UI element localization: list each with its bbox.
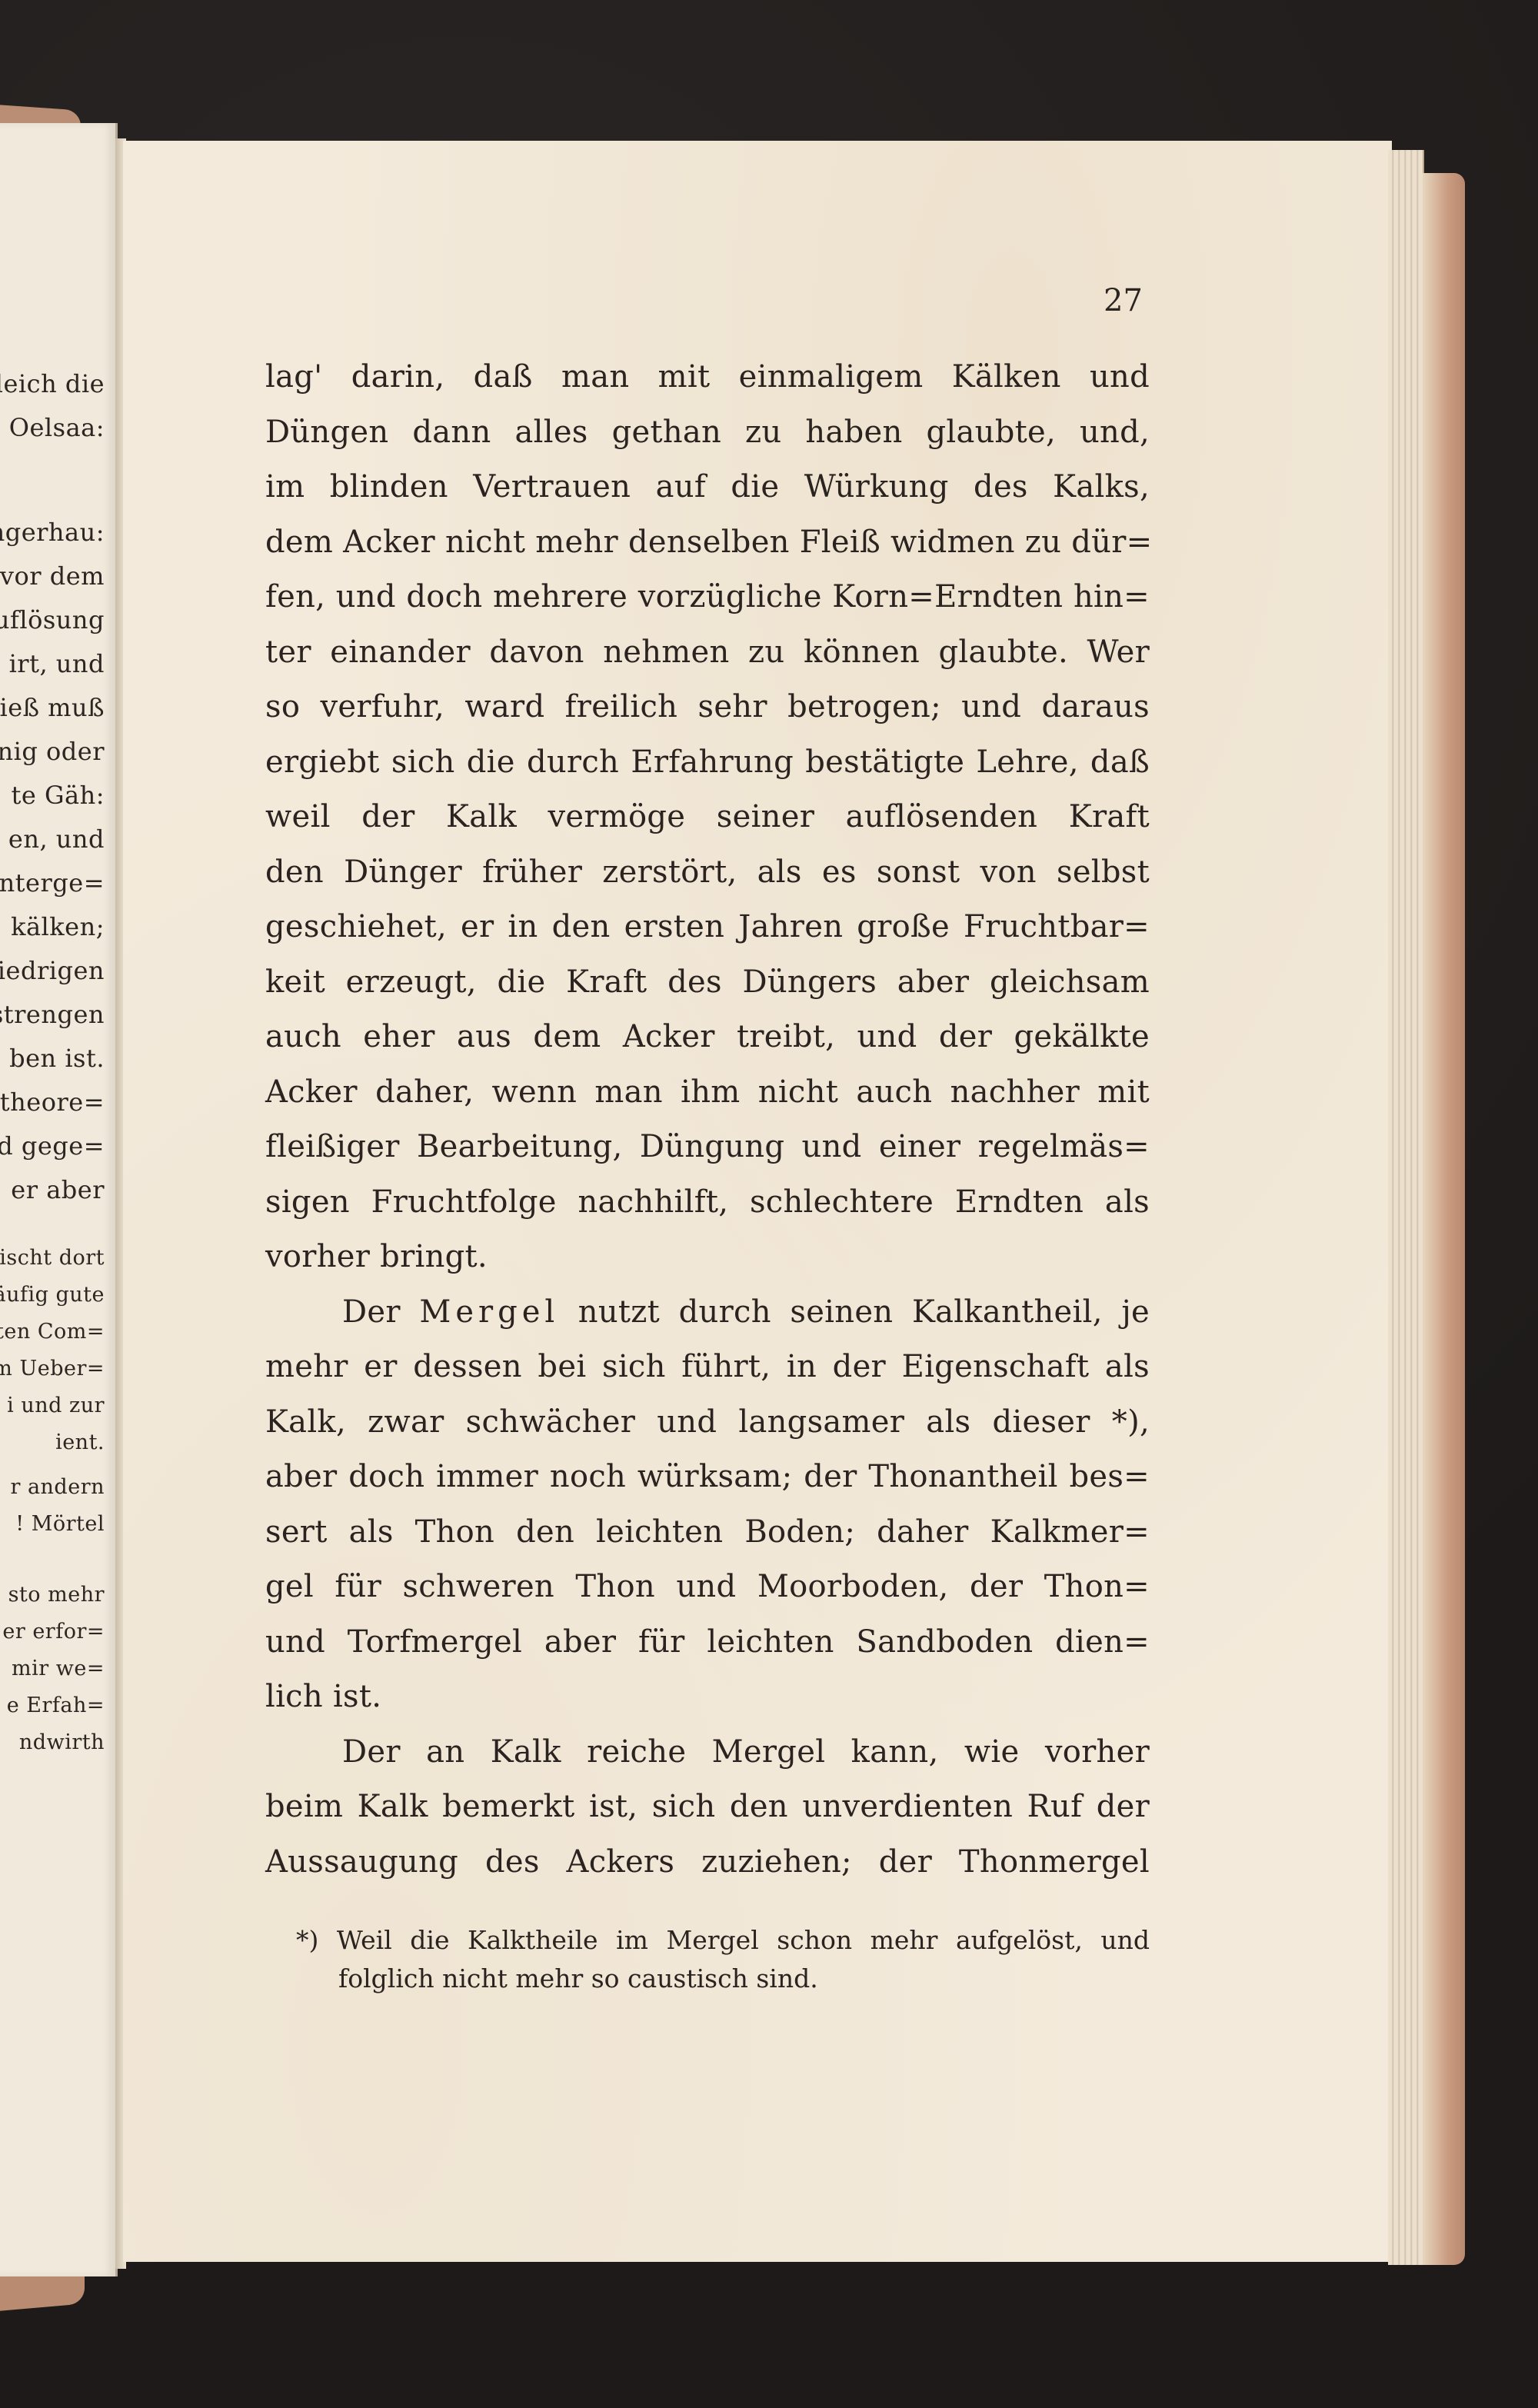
left-page-fragment: nig oder [0,737,105,766]
left-page-fragment: mischt dort [0,1246,105,1270]
left-page-fragment: r andern [10,1475,105,1499]
left-page-fragment: leich die [0,369,105,398]
text-line: beim Kalk bemerkt ist, sich den unverdie… [265,1780,1150,1835]
left-page-fragment: sto mehr [8,1583,105,1607]
left-page-fragment: ten Com= [0,1320,105,1344]
text-line: ergiebt sich die durch Erfahrung bestäti… [265,735,1150,791]
text-line: Acker daher, wenn man ihm nicht auch nac… [265,1065,1150,1121]
text-line: lich ist. [265,1670,1150,1725]
right-cover-edge [1423,173,1465,2265]
text-line: vorher bringt. [265,1230,1150,1285]
left-page-fragment: im Ueber= [0,1357,105,1381]
left-page-fragment: theore= [0,1087,105,1117]
text-line: so verfuhr, ward freilich sehr betrogen;… [265,680,1150,735]
left-page-fragment: ngerhau: [0,518,105,547]
text-line: fen, und doch mehrere vorzügliche Korn=E… [265,570,1150,625]
text-line: sert als Thon den leichten Boden; daher … [265,1505,1150,1560]
text-line: Kalk, zwar schwächer und langsamer als d… [265,1395,1150,1450]
text-line: geschiehet, er in den ersten Jahren groß… [265,900,1150,955]
text-line: den Dünger früher zerstört, als es sonst… [265,845,1150,901]
left-page-fragment: ient. [55,1430,105,1454]
left-page-fragment: d gege= [0,1131,105,1161]
text-line: Der Mergel nutzt durch seinen Kalkanthei… [265,1285,1150,1341]
text-line: keit erzeugt, die Kraft des Düngers aber… [265,955,1150,1011]
text-line: dem Acker nicht mehr denselben Fleiß wid… [265,515,1150,571]
left-page-fragment: Oelsaa: [9,413,105,442]
text-line: aber doch immer noch würksam; der Thonan… [265,1450,1150,1505]
text-line: im blinden Vertrauen auf die Würkung des… [265,460,1150,515]
left-page-fragment: vor dem [0,561,105,591]
left-page-fragment: uflösung [0,605,105,634]
left-page-fragment: er erfor= [2,1620,105,1644]
text-line: gel für schweren Thon und Moorboden, der… [265,1560,1150,1615]
left-page-fragment: e Erfah= [7,1694,105,1717]
text-line: sigen Fruchtfolge nachhilft, schlechtere… [265,1175,1150,1231]
text-line: Der an Kalk reiche Mergel kann, wie vorh… [265,1725,1150,1780]
text-line: ter einander davon nehmen zu können glau… [265,625,1150,681]
paragraph-1: lag' darin, daß man mit einmaligem Kälke… [265,350,1150,1285]
text-line: Düngen dann alles gethan zu haben glaubt… [265,405,1150,461]
left-page-fragment: äufig gute [0,1283,105,1307]
footnote-text: Weil die Kalktheile im Mergel schon mehr… [337,1925,1150,1955]
text-word: Der [342,1294,401,1330]
left-page-fragment: irt, und [9,649,105,678]
left-page-fragment: i und zur [7,1394,105,1417]
footnote: *) Weil die Kalktheile im Mergel schon m… [296,1921,1150,1998]
left-page-fragment: ! Mörtel [15,1512,105,1536]
left-page-fragment: ndwirth [19,1730,105,1754]
left-page-fragment: er aber [11,1175,105,1204]
page-edges [1388,150,1424,2265]
left-page-fragment: en, und [8,824,105,854]
emphasized-term: Mergel [419,1294,559,1330]
left-page-fragment: unterge= [0,868,105,898]
footnote-marker: *) [296,1925,318,1955]
paragraph-3: Der an Kalk reiche Mergel kann, wie vorh… [265,1725,1150,1890]
text-line: weil der Kalk vermöge seiner auflösenden… [265,790,1150,845]
left-page-fragment: ben ist. [9,1044,105,1073]
text-line: fleißiger Bearbeitung, Düngung und einer… [265,1120,1150,1175]
text-span: nutzt durch seinen Kalkantheil, je [578,1294,1150,1330]
left-page-fragment: ieß muß [0,693,105,722]
left-page-fragment: iedrigen [0,956,105,985]
text-line: lag' darin, daß man mit einmaligem Kälke… [265,350,1150,405]
text-line: mehr er dessen bei sich führt, in der Ei… [265,1340,1150,1395]
left-page-fragment: strengen [0,1000,105,1029]
text-line: und Torfmergel aber für leichten Sandbod… [265,1615,1150,1670]
footnote-line: *) Weil die Kalktheile im Mergel schon m… [296,1921,1150,1960]
left-page-fragment: te Gäh: [12,781,105,810]
left-page-fragment: kälken; [11,912,105,941]
paragraph-2: Der Mergel nutzt durch seinen Kalkanthei… [265,1285,1150,1725]
body-text: lag' darin, daß man mit einmaligem Kälke… [265,350,1150,1890]
left-page: leich dieOelsaa:ngerhau:vor demuflösungi… [0,123,118,2276]
footnote-line: folglich nicht mehr so caustisch sind. [296,1960,1150,1998]
text-line: auch eher aus dem Acker treibt, und der … [265,1010,1150,1065]
left-page-fragment: mir we= [12,1657,105,1680]
page-number: 27 [1104,283,1143,318]
text-line: Aussaugung des Ackers zuziehen; der Thon… [265,1835,1150,1890]
